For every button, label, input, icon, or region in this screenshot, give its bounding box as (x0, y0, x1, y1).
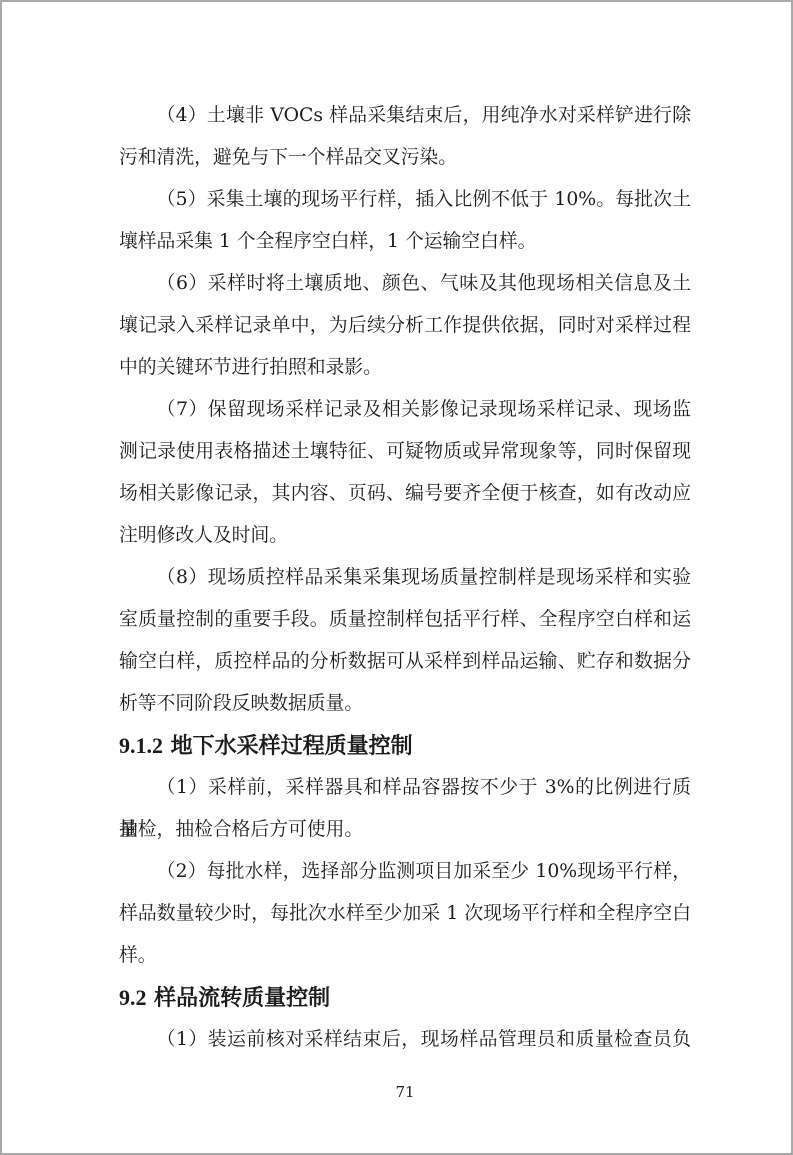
text-line: 壤样品采集 1 个全程序空白样，1 个运输空白样。 (119, 221, 691, 263)
text-line: （8）现场质控样品采集采集现场质量控制样是现场采样和实验 (119, 557, 691, 599)
text-line: （5）采集土壤的现场平行样，插入比例不低于 10%。每批次土 (119, 179, 691, 221)
text-line: 析等不同阶段反映数据质量。 (119, 683, 691, 725)
text-line: 室质量控制的重要手段。质量控制样包括平行样、全程序空白样和运 (119, 599, 691, 641)
section-heading: 9.2 样品流转质量控制 (119, 977, 691, 1019)
text-line: 中的关键环节进行拍照和录影。 (119, 347, 691, 389)
document-content: （4）土壤非 VOCs 样品采集结束后，用纯净水对采样铲进行除污和清洗，避免与下… (119, 95, 691, 1061)
text-line: 抽检，抽检合格后方可使用。 (119, 809, 691, 851)
heading-number: 9.1.2 (119, 733, 163, 758)
page-number: 71 (119, 1082, 691, 1102)
text-line: 污和清洗，避免与下一个样品交叉污染。 (119, 137, 691, 179)
text-line: （1）装运前核对采样结束后，现场样品管理员和质量检查员负 (119, 1019, 691, 1061)
text-line: 场相关影像记录，其内容、页码、编号要齐全便于核查，如有改动应 (119, 473, 691, 515)
text-line: （1）采样前，采样器具和样品容器按不少于 3%的比例进行质量 (119, 767, 691, 809)
heading-title: 地下水采样过程质量控制 (171, 733, 413, 759)
text-line: 输空白样，质控样品的分析数据可从采样到样品运输、贮存和数据分 (119, 641, 691, 683)
document-page: （4）土壤非 VOCs 样品采集结束后，用纯净水对采样铲进行除污和清洗，避免与下… (0, 0, 793, 1155)
text-line: 壤记录入采样记录单中，为后续分析工作提供依据，同时对采样过程 (119, 305, 691, 347)
text-line: 样。 (119, 935, 691, 977)
text-line: 测记录使用表格描述土壤特征、可疑物质或异常现象等，同时保留现 (119, 431, 691, 473)
text-line: （6）采样时将土壤质地、颜色、气味及其他现场相关信息及土 (119, 263, 691, 305)
section-heading: 9.1.2 地下水采样过程质量控制 (119, 725, 691, 767)
text-line: （2）每批水样，选择部分监测项目加采至少 10%现场平行样， (119, 851, 691, 893)
heading-number: 9.2 (119, 985, 147, 1010)
heading-title: 样品流转质量控制 (154, 985, 330, 1011)
text-line: （4）土壤非 VOCs 样品采集结束后，用纯净水对采样铲进行除 (119, 95, 691, 137)
text-line: （7）保留现场采样记录及相关影像记录现场采样记录、现场监 (119, 389, 691, 431)
text-line: 样品数量较少时，每批次水样至少加采 1 次现场平行样和全程序空白 (119, 893, 691, 935)
text-line: 注明修改人及时间。 (119, 515, 691, 557)
